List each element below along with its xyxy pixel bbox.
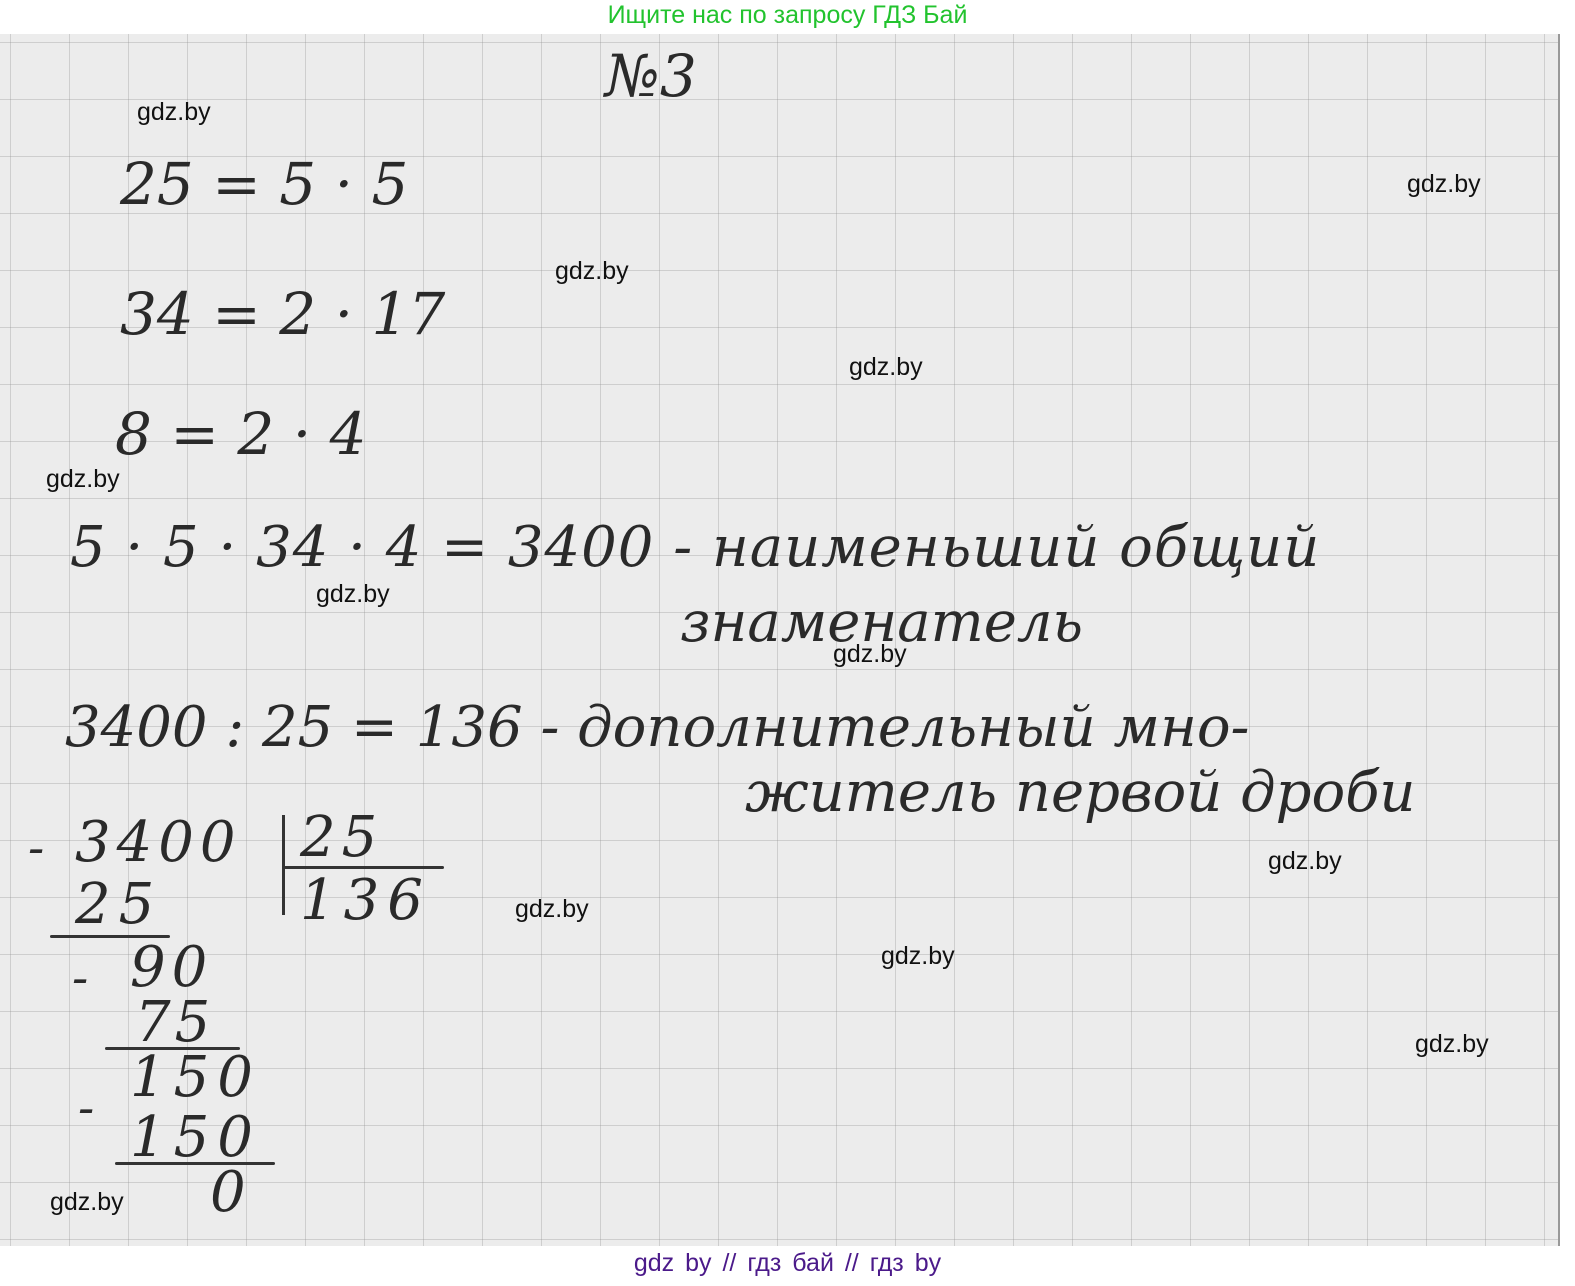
division-step-1: 25 — [75, 872, 162, 937]
division-bar — [282, 815, 285, 915]
watermark: gdz.by — [1268, 847, 1342, 876]
division-divisor: 25 — [300, 805, 383, 870]
watermark: gdz.by — [1407, 170, 1481, 199]
watermark: gdz.by — [849, 353, 923, 382]
problem-number: №3 — [605, 42, 697, 110]
watermark: gdz.by — [833, 640, 907, 669]
watermark: gdz.by — [1415, 1030, 1489, 1059]
watermark: gdz.by — [555, 257, 629, 286]
division-remainder: 0 — [210, 1160, 246, 1225]
factor-line-1: 25 = 5 · 5 — [120, 150, 408, 218]
watermark: gdz.by — [515, 895, 589, 924]
multiplier-line-cont: житель первой дроби — [745, 760, 1415, 825]
page-edge — [1558, 34, 1575, 1246]
division-step-4: 150 — [130, 1045, 261, 1110]
factor-line-2: 34 = 2 · 17 — [120, 280, 445, 348]
watermark: gdz.by — [46, 465, 120, 494]
division-rule-3 — [115, 1162, 275, 1165]
watermark: gdz.by — [50, 1188, 124, 1217]
division-minus-2: - — [72, 950, 88, 1006]
division-dividend: 3400 — [75, 810, 242, 875]
division-minus-3: - — [78, 1080, 94, 1136]
watermark: gdz.by — [316, 580, 390, 609]
division-quotient: 136 — [300, 868, 431, 933]
header-banner: Ищите нас по запросу ГДЗ Бай — [0, 0, 1575, 34]
multiplier-line: 3400 : 25 = 136 - дополнительный мно- — [65, 695, 1249, 760]
division-minus-1: - — [28, 820, 44, 876]
factor-line-3: 8 = 2 · 4 — [115, 400, 366, 468]
watermark: gdz.by — [881, 942, 955, 971]
footer-banner: gdz by // гдз бай // гдз by — [0, 1246, 1575, 1286]
watermark: gdz.by — [137, 98, 211, 127]
lcd-line: 5 · 5 · 34 · 4 = 3400 - наименьший общий — [70, 515, 1320, 580]
